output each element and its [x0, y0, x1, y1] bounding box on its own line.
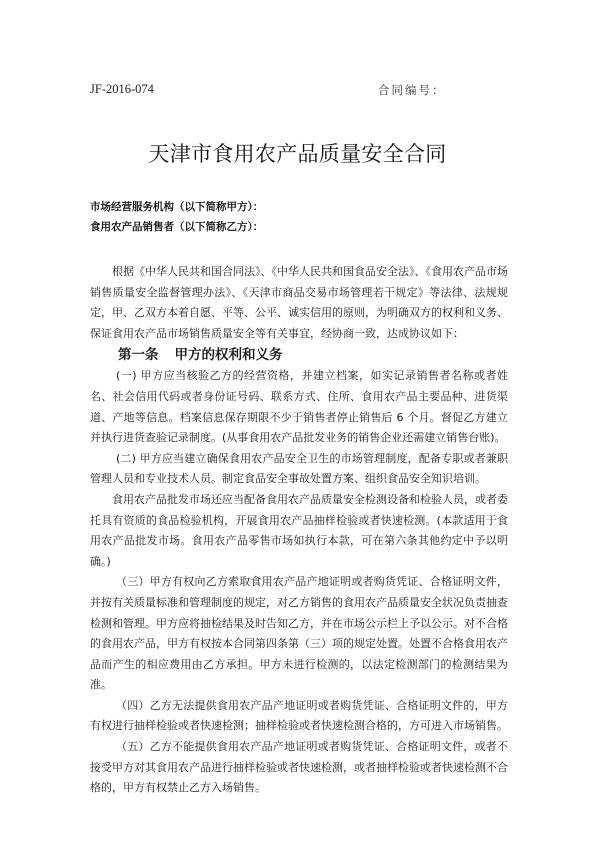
article-1-heading: 第一条甲方的权利和义务 [90, 344, 508, 366]
party-b-label: 食用农产品销售者（以下简称乙方）： [90, 219, 263, 234]
preamble-paragraph: 根据《中华人民共和国合同法》、《中华人民共和国食品安全法》、《食用农产品市场销售… [90, 262, 508, 344]
clause-3: （三）甲方有权向乙方索取食用农产品产地证明或者购货凭证、合格证明文件，并按有关质… [90, 572, 508, 696]
article-title: 甲方的权利和义务 [175, 347, 283, 363]
contract-number-label: 合同编号： [378, 82, 446, 98]
clause-2-supplement: 食用农产品批发市场还应当配备食用农产品质量安全检测设备和检验人员，或者委托具有资… [90, 490, 508, 572]
clause-5: （五）乙方不能提供食用农产品产地证明或者购货凭证、合格证明文件，或者不接受甲方对… [90, 737, 508, 799]
document-title: 天津市食用农产品质量安全合同 [0, 138, 595, 168]
clause-1: (一) 甲方应当核验乙方的经营资格，并建立档案，如实记录销售者名称或者姓名、社会… [90, 366, 508, 448]
clause-2: (二) 甲方应当建立确保食用农产品安全卫生的市场管理制度，配备专职或者兼职管理人… [90, 449, 508, 490]
document-code: JF-2016-074 [90, 82, 154, 97]
clause-4: （四）乙方无法提供食用农产品产地证明或者购货凭证、合格证明文件的，甲方有权进行抽… [90, 696, 508, 737]
party-a-label: 市场经营服务机构（以下简称甲方）： [90, 199, 263, 214]
article-number: 第一条 [118, 347, 159, 363]
contract-body: 根据《中华人民共和国合同法》、《中华人民共和国食品安全法》、《食用农产品市场销售… [90, 262, 508, 799]
document-page: JF-2016-074 合同编号： 天津市食用农产品质量安全合同 市场经营服务机… [0, 0, 595, 841]
document-header: JF-2016-074 合同编号： [90, 82, 510, 98]
